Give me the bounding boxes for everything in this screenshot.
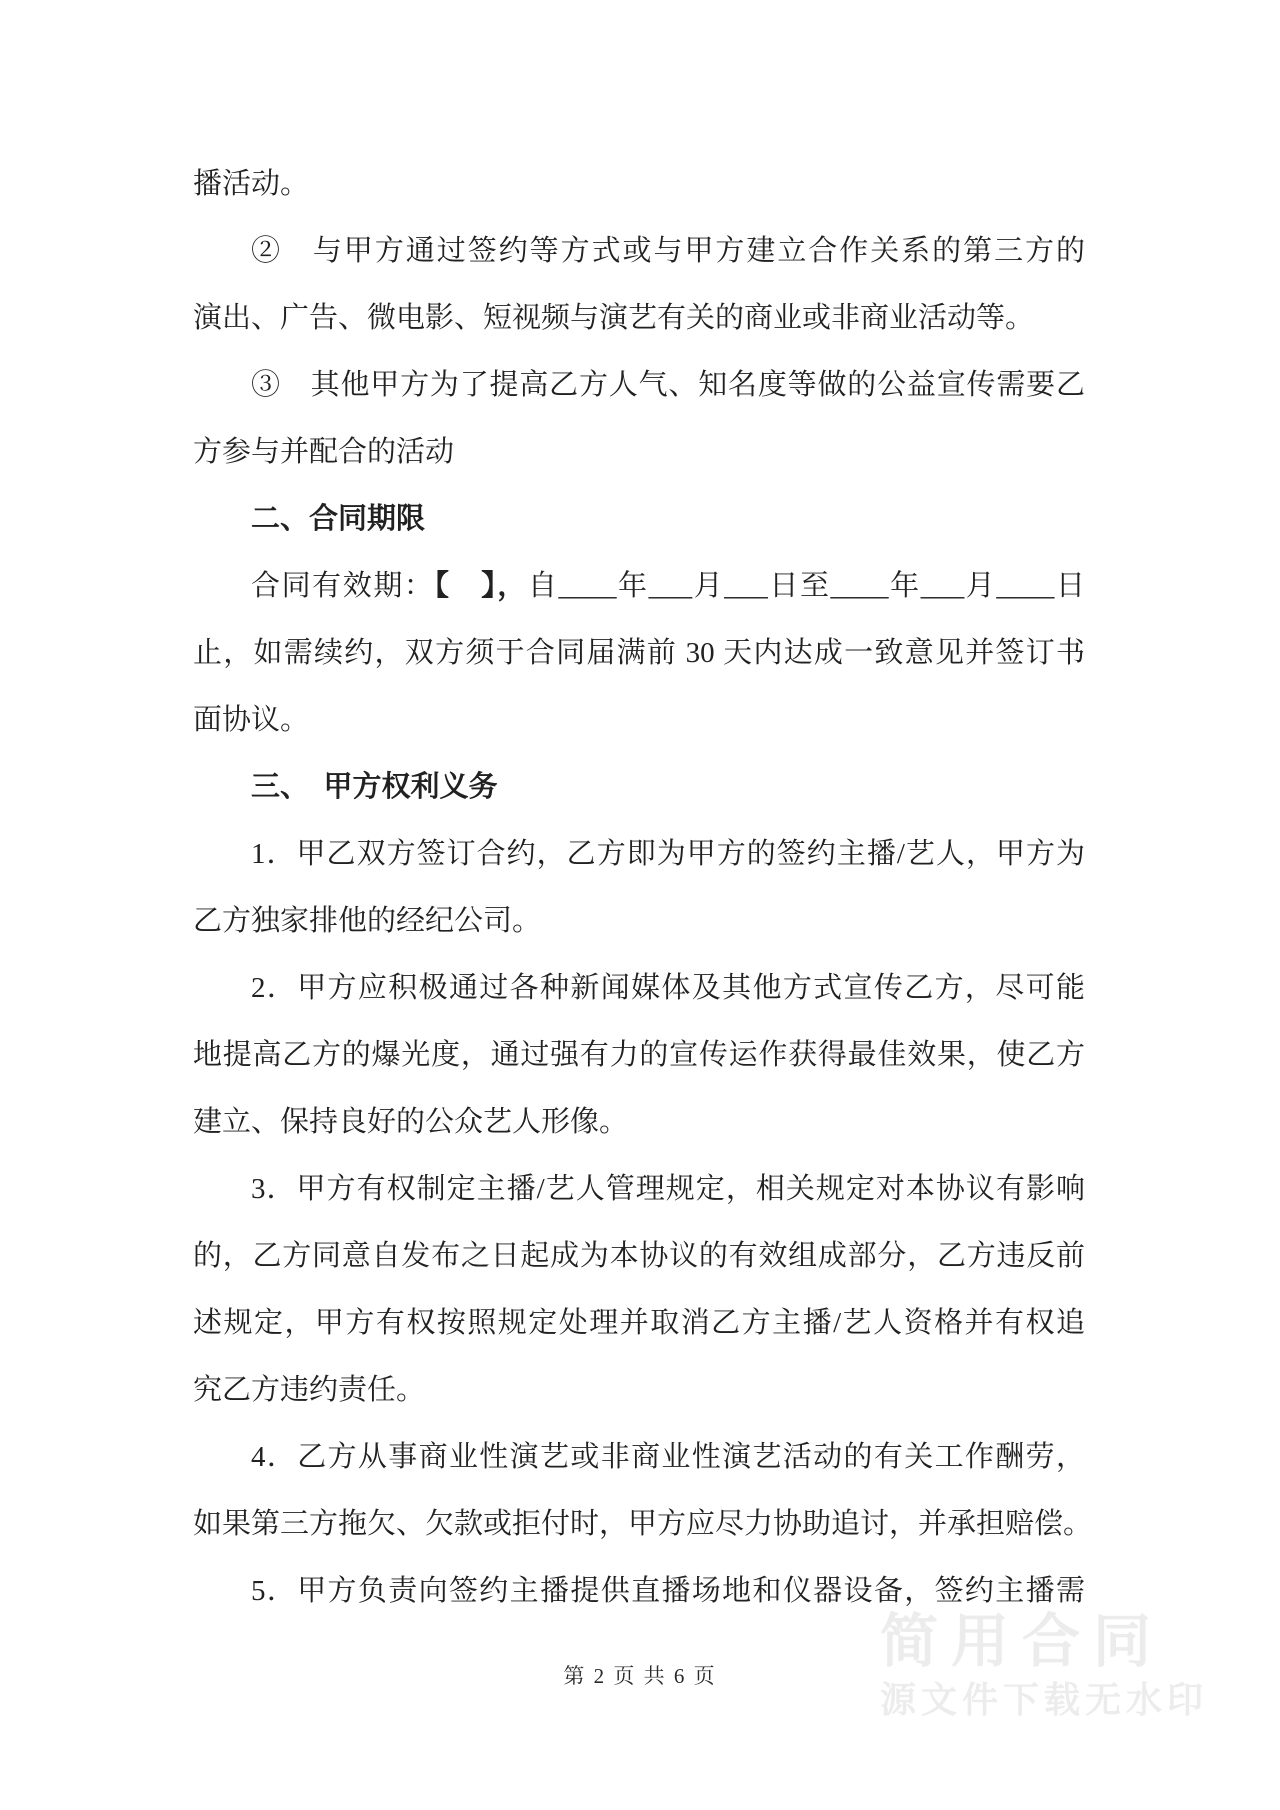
document-body: 播活动。 ② 与甲方通过签约等方式或与甲方建立合作关系的第三方的 演出、广告、微… <box>193 151 1085 1625</box>
text-line: 地提高乙方的爆光度，通过强有力的宣传运作获得最佳效果，使乙方 <box>193 1022 1085 1089</box>
validity-bracket-blank: 【 】， <box>435 570 528 602</box>
text-line: 如果第三方拖欠、欠款或拒付时，甲方应尽力协助追讨，并承担赔偿。 <box>193 1491 1085 1558</box>
list-item-circled-3: ③ 其他甲方为了提高乙方人气、知名度等做的公益宣传需要乙 <box>193 352 1085 419</box>
contract-validity-line: 合同有效期：【 】，自____年___月___日至____年___月____日 <box>193 553 1085 620</box>
text-line: 建立、保持良好的公众艺人形像。 <box>193 1089 1085 1156</box>
text-line: 方参与并配合的活动 <box>193 419 1085 486</box>
text-line: 的，乙方同意自发布之日起成为本协议的有效组成部分，乙方违反前 <box>193 1223 1085 1290</box>
text-line: 究乙方违约责任。 <box>193 1357 1085 1424</box>
text-line: 述规定，甲方有权按照规定处理并取消乙方主播/艺人资格并有权追 <box>193 1290 1085 1357</box>
text-line: 止，如需续约，双方须于合同届满前 30 天内达成一致意见并签订书 <box>193 620 1085 687</box>
watermark-brand: 简用合同 <box>880 1594 1164 1678</box>
text-line: 播活动。 <box>193 151 1085 218</box>
clause-2-line: 2．甲方应积极通过各种新闻媒体及其他方式宣传乙方，尽可能 <box>193 955 1085 1022</box>
watermark-tagline: 源文件下载无水印 <box>880 1672 1208 1723</box>
text-line: 乙方独家排他的经纪公司。 <box>193 888 1085 955</box>
contract-document-page: 播活动。 ② 与甲方通过签约等方式或与甲方建立合作关系的第三方的 演出、广告、微… <box>0 0 1280 1810</box>
clause-1-line: 1．甲乙双方签订合约，乙方即为甲方的签约主播/艺人，甲方为 <box>193 821 1085 888</box>
clause-3-line: 3．甲方有权制定主播/艺人管理规定，相关规定对本协议有影响 <box>193 1156 1085 1223</box>
validity-date-blanks: 自____年___月___日至____年___月____日 <box>528 570 1085 602</box>
text-line: 面协议。 <box>193 687 1085 754</box>
list-item-circled-2: ② 与甲方通过签约等方式或与甲方建立合作关系的第三方的 <box>193 218 1085 285</box>
clause-4-line: 4．乙方从事商业性演艺或非商业性演艺活动的有关工作酬劳， <box>193 1424 1085 1491</box>
validity-label: 合同有效期： <box>251 570 435 602</box>
text-line: 演出、广告、微电影、短视频与演艺有关的商业或非商业活动等。 <box>193 285 1085 352</box>
section-heading-party-a-rights: 三、 甲方权利义务 <box>193 754 1085 821</box>
section-heading-contract-term: 二、合同期限 <box>193 486 1085 553</box>
